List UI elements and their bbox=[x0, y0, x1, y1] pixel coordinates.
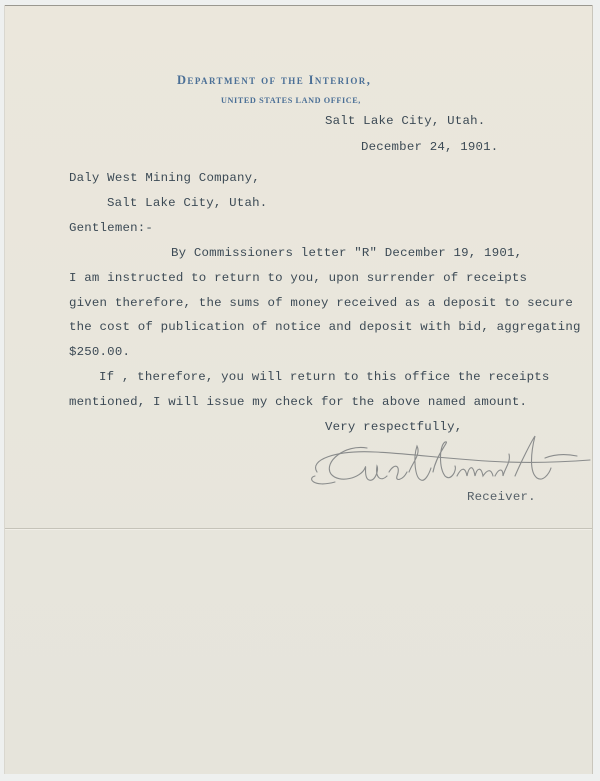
paper-fold-line bbox=[5, 528, 592, 529]
body-line: If , therefore, you will return to this … bbox=[99, 370, 550, 384]
handwritten-signature bbox=[305, 432, 595, 498]
body-line: the cost of publication of notice and de… bbox=[69, 320, 581, 334]
body-line: mentioned, I will issue my check for the… bbox=[69, 395, 527, 409]
signer-title: Receiver. bbox=[467, 490, 536, 504]
letter-date: December 24, 1901. bbox=[361, 140, 498, 154]
salutation: Gentlemen:- bbox=[69, 221, 153, 235]
letterhead-city: Salt Lake City, Utah. bbox=[325, 114, 485, 128]
amount-line: $250.00. bbox=[69, 345, 130, 359]
body-line: given therefore, the sums of money recei… bbox=[69, 296, 573, 310]
body-line: By Commissioners letter "R" December 19,… bbox=[171, 246, 522, 260]
recipient-address: Salt Lake City, Utah. bbox=[107, 196, 267, 210]
recipient-name: Daly West Mining Company, bbox=[69, 171, 260, 185]
letterhead-office: UNITED STATES LAND OFFICE, bbox=[221, 96, 361, 105]
body-line: I am instructed to return to you, upon s… bbox=[69, 271, 527, 285]
letterhead-department: Department of the Interior, bbox=[177, 73, 371, 88]
letter-page: Department of the Interior, UNITED STATE… bbox=[5, 5, 592, 774]
